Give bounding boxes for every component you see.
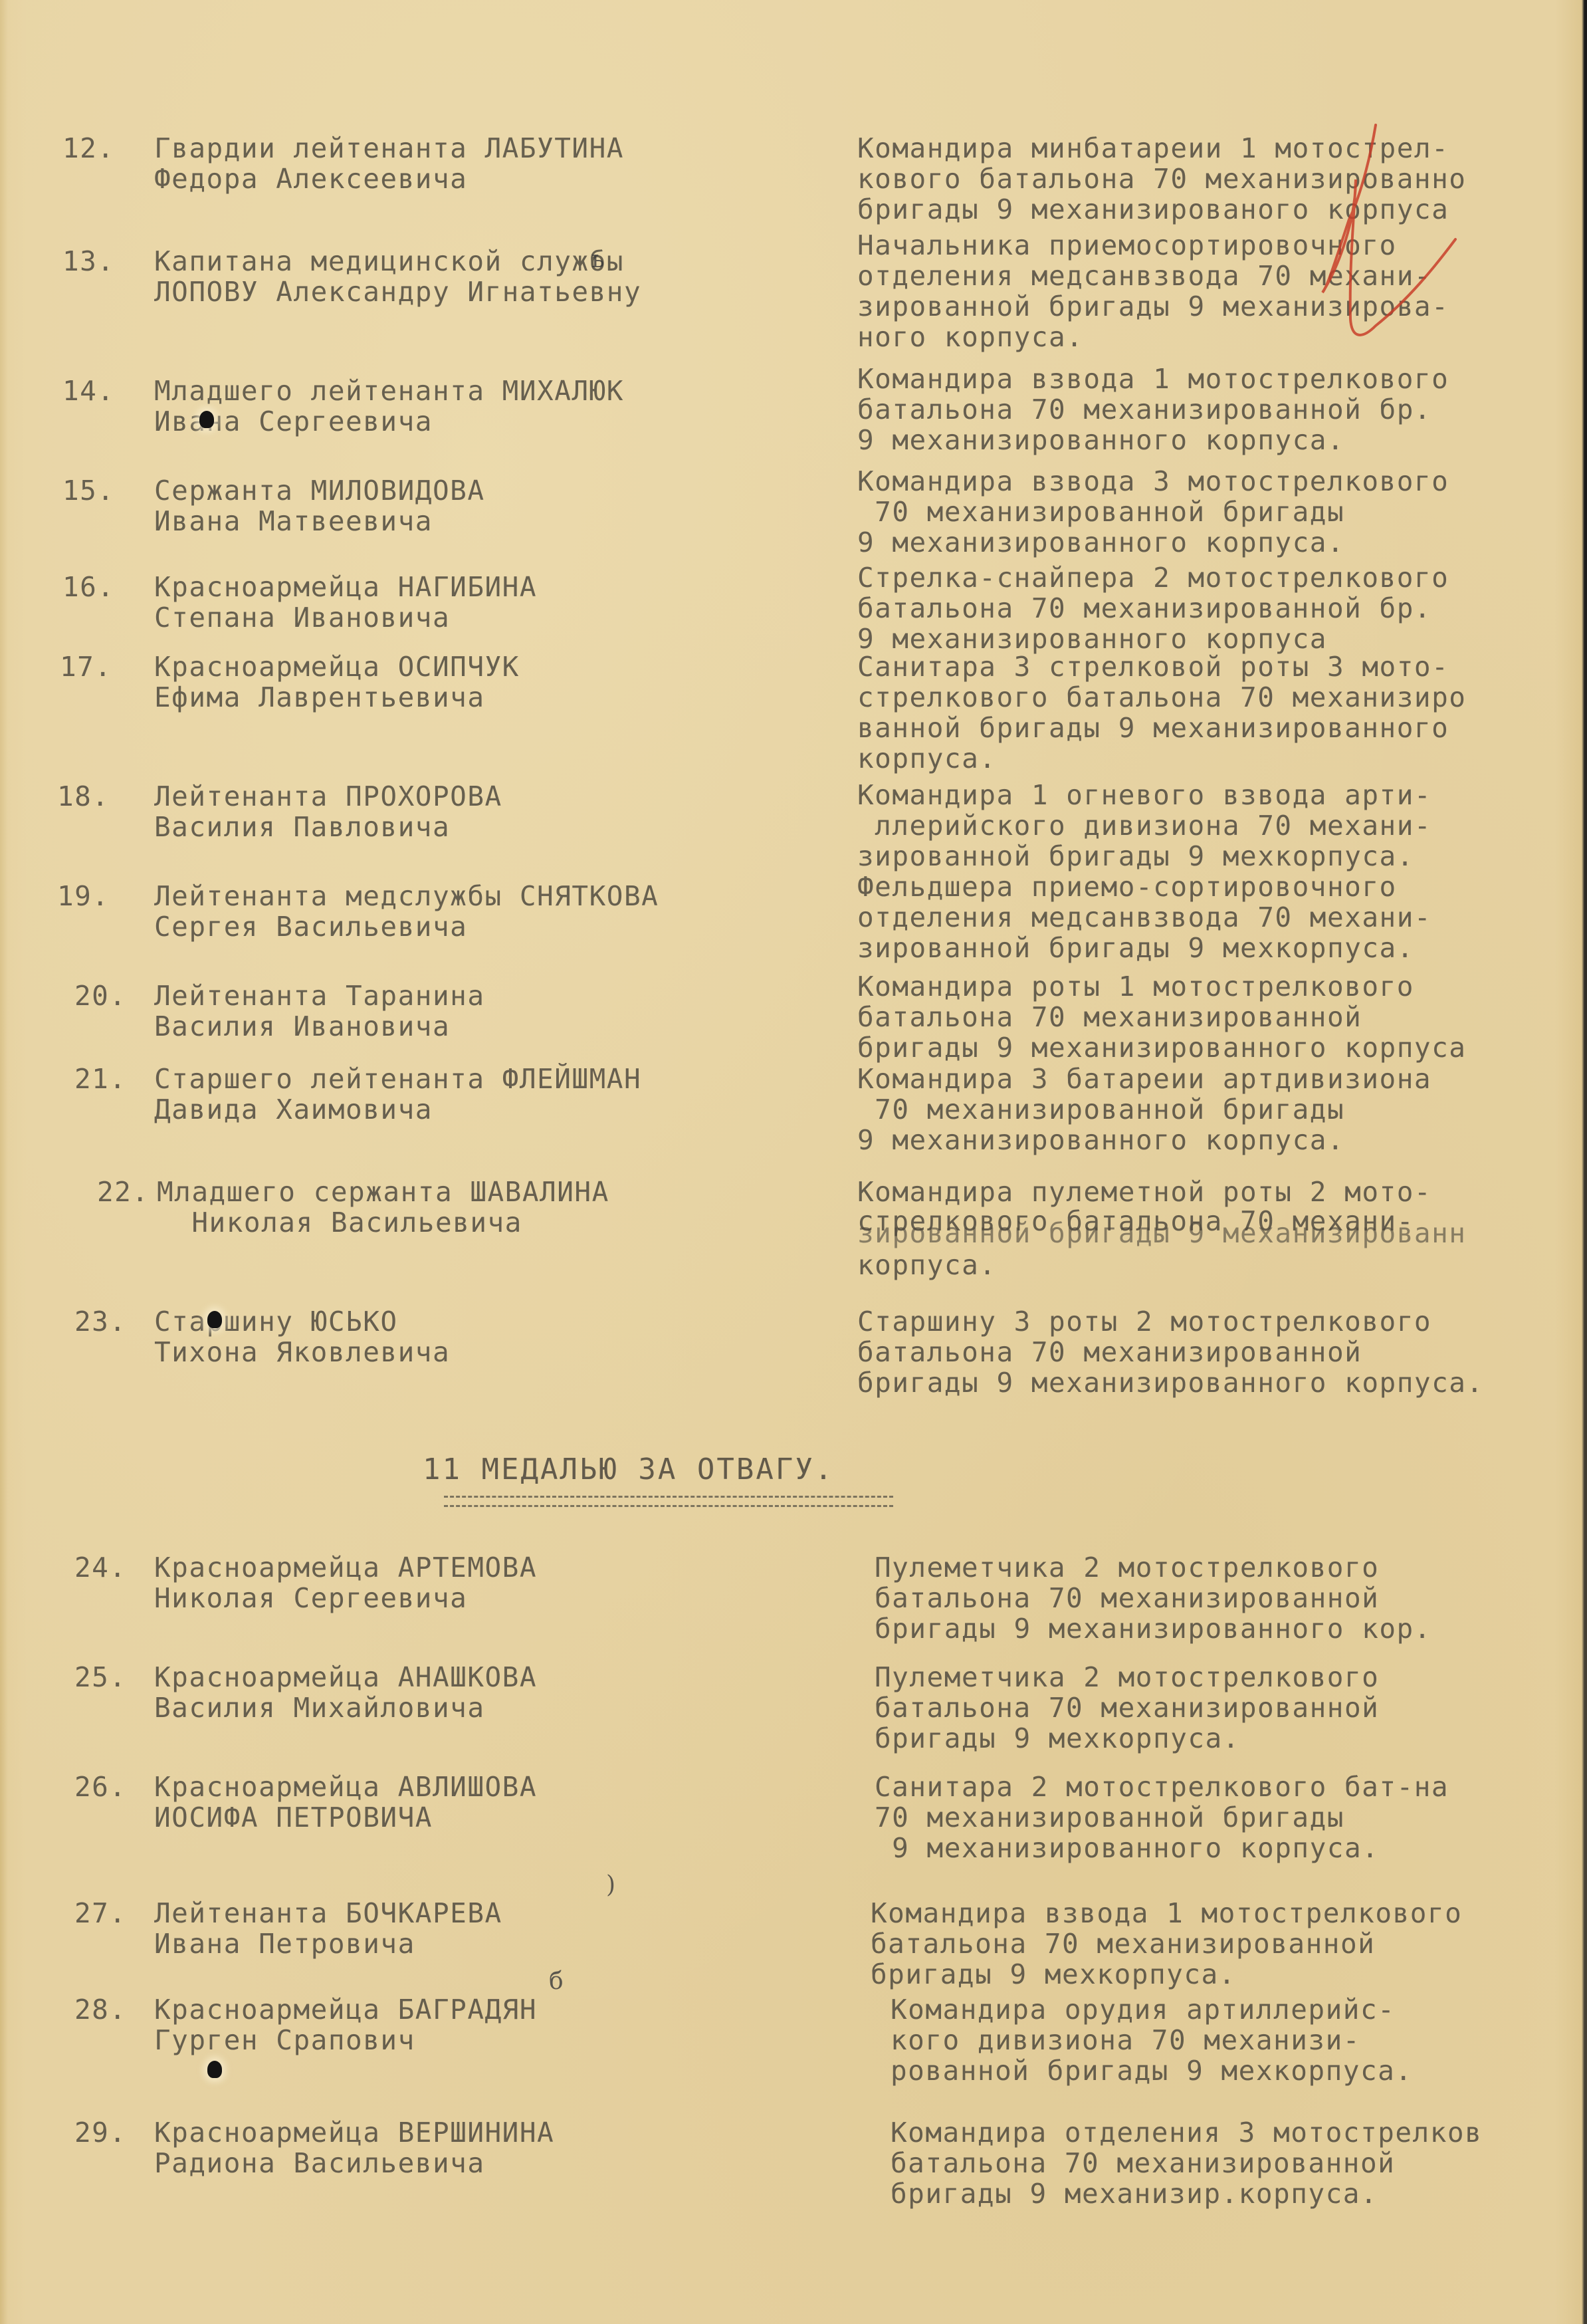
entry-number: 17.	[60, 651, 112, 682]
entry-number: 20.	[74, 981, 127, 1011]
entry-desc-line-2: батальона 70 механизированной	[857, 1002, 1362, 1032]
entry-name-line-1: Красноармейца АНАШКОВА	[154, 1662, 537, 1692]
entry-desc-line-1: Командира орудия артиллерийс-	[891, 1994, 1395, 2025]
entry-desc-line-3: бригады 9 механизир.корпуса.	[891, 2178, 1378, 2209]
heading-double-underline	[444, 1496, 893, 1507]
entry-desc-line-1: Командира взвода 1 мотострелкового	[857, 364, 1449, 394]
entry-desc-line-1: Командира 1 огневого взвода арти-	[857, 780, 1431, 810]
entry-desc-line-1: Фельдшера приемо-сортировочного	[857, 871, 1397, 902]
entry-desc-line-3: бригады 9 мехкорпуса.	[871, 1959, 1236, 1990]
entry-name-line-1: Лейтенанта Таранина	[154, 981, 485, 1011]
entry-name-line-2: Николая Васильевича	[157, 1207, 522, 1238]
entry-name-line-2: Степана Ивановича	[154, 602, 450, 633]
entry-name-line-1: Сержанта МИЛОВИДОВА	[154, 475, 485, 506]
entry-name-line-2: Радиона Васильевича	[154, 2148, 485, 2178]
entry-number: 22.	[97, 1177, 150, 1207]
entry-name-line-1: Красноармейца БАГРАДЯН	[154, 1994, 537, 2025]
entry-desc-line-1: Командира роты 1 мотострелкового	[857, 971, 1414, 1002]
entry-desc-line-2: батальона 70 механизированной бр.	[857, 394, 1431, 425]
entry-name-line-2: ИОСИФА ПЕТРОВИЧА	[154, 1802, 433, 1833]
entry-number: 21.	[74, 1064, 127, 1094]
entry-number: 12.	[62, 133, 115, 164]
entry-desc-line-2: батальона 70 механизированной	[871, 1928, 1375, 1959]
entry-desc-line-2: ллерийского дивизиона 70 механи-	[857, 810, 1431, 841]
entry-desc-line-2: батальона 70 механизированной бр.	[857, 593, 1431, 624]
entry-desc-line-2: батальона 70 механизированной	[891, 2148, 1395, 2178]
entry-desc-line-1: Командира взвода 3 мотострелкового	[857, 466, 1449, 497]
entry-desc-line-3: зированной бригады 9 механизированн	[857, 1218, 1466, 1248]
entry-name-line-1: Красноармейца ВЕРШИНИНА	[154, 2117, 554, 2148]
entry-desc-line-1: Командира отделения 3 мотострелков	[891, 2117, 1482, 2148]
entry-number: 26.	[74, 1772, 127, 1802]
entry-desc-line-1: Командира взвода 1 мотострелкового	[871, 1898, 1462, 1928]
entry-desc-line-1: Санитара 2 мотострелкового бат-на	[875, 1772, 1449, 1802]
entry-desc-line-4: корпуса.	[857, 743, 996, 774]
entry-name-line-1: Лейтенанта ПРОХОРОВА	[154, 781, 502, 812]
entry-desc-line-1: Старшину 3 роты 2 мотострелкового	[857, 1306, 1431, 1337]
entry-number: 14.	[62, 376, 115, 406]
pencil-correction: б	[549, 1968, 564, 1995]
entry-name-line-2: Василия Павловича	[154, 812, 450, 842]
entry-name-line-1: Лейтенанта БОЧКАРЕВА	[154, 1898, 502, 1928]
entry-name-line-1: Лейтенанта медслужбы СНЯТКОВА	[154, 881, 659, 911]
entry-name-line-2: Сергея Васильевича	[154, 911, 467, 942]
entry-name-line-2: ЛОПОВУ Александру Игнатьевну	[154, 277, 641, 307]
entry-name-line-2: Ивана Сергеевича	[154, 406, 433, 437]
entry-desc-line-1: Пулеметчика 2 мотострелкового	[875, 1662, 1379, 1692]
entry-name-line-2: Ивана Матвеевича	[154, 506, 433, 536]
entry-desc-line-3: 9 механизированного корпуса.	[857, 527, 1344, 558]
section-heading: 11 МЕДАЛЬЮ ЗА ОТВАГУ.	[423, 1452, 834, 1486]
entry-name-line-1: Капитана медицинской службы	[154, 246, 624, 277]
entry-number: 27.	[74, 1898, 127, 1928]
entry-desc-line-2: 70 механизированной бригады	[875, 1802, 1344, 1833]
punch-hole-icon	[207, 2061, 222, 2078]
entry-number: 28.	[74, 1994, 127, 2025]
entry-number: 24.	[74, 1552, 127, 1583]
entry-name-line-2: Федора Алексеевича	[154, 164, 467, 194]
punch-hole-icon	[207, 1311, 222, 1328]
entry-desc-line-1: Санитара 3 стрелковой роты 3 мото-	[857, 651, 1449, 682]
entry-name-line-2: Василия Михайловича	[154, 1692, 485, 1723]
entry-name-line-1: Красноармейца АРТЕМОВА	[154, 1552, 537, 1583]
entry-number: 23.	[74, 1306, 127, 1337]
entry-number: 25.	[74, 1662, 127, 1692]
entry-desc-line-1: Командира пулеметной роты 2 мото-	[857, 1177, 1431, 1207]
pencil-correction: ь	[591, 246, 605, 273]
entry-desc-line-3: ванной бригады 9 механизированного	[857, 713, 1449, 743]
entry-number: 16.	[62, 572, 115, 602]
entry-desc-line-3: бригады 9 механизированного корпуса.	[857, 1367, 1484, 1398]
entry-name-line-1: Гвардии лейтенанта ЛАБУТИНА	[154, 133, 624, 164]
entry-name-line-1: Старшего лейтенанта ФЛЕЙШМАН	[154, 1064, 641, 1094]
entry-desc-line-2: отделения медсанвзвода 70 механи-	[857, 902, 1431, 933]
entry-desc-line-1: Командира 3 батареии артдивизиона	[857, 1064, 1431, 1094]
entry-desc-line-2: 70 механизированной бригады	[857, 497, 1344, 527]
entry-number: 18.	[57, 781, 110, 812]
punch-hole-icon	[199, 411, 214, 428]
entry-number: 15.	[62, 475, 115, 506]
entry-desc-line-3: бригады 9 мехкорпуса.	[875, 1723, 1240, 1754]
entry-desc-line-1: Пулеметчика 2 мотострелкового	[875, 1552, 1379, 1583]
entry-desc-line-4: корпуса.	[857, 1250, 996, 1280]
entry-name-line-2: Тихона Яковлевича	[154, 1337, 450, 1367]
entry-number: 19.	[57, 881, 110, 911]
entry-desc-line-2: батальона 70 механизированной	[875, 1692, 1379, 1723]
entry-name-line-1: Красноармейца ОСИПЧУК	[154, 651, 520, 682]
entry-name-line-2: Гурген Срапович	[154, 2025, 415, 2055]
entry-name-line-2: Василия Ивановича	[154, 1011, 450, 1042]
red-pencil-check-icon	[1276, 120, 1542, 346]
entry-name-line-1: Красноармейца НАГИБИНА	[154, 572, 537, 602]
entry-desc-line-2: 70 механизированной бригады	[857, 1094, 1344, 1125]
entry-number: 29.	[74, 2117, 127, 2148]
entry-desc-line-3: рованной бригады 9 мехкорпуса.	[891, 2055, 1413, 2086]
entry-desc-line-3: 9 механизированного корпуса.	[857, 1125, 1344, 1155]
entry-name-line-1: Старшину ЮСЬКО	[154, 1306, 398, 1337]
entry-desc-line-3: 9 механизированного корпуса.	[857, 425, 1344, 455]
entry-desc-line-2: батальона 70 механизированной	[857, 1337, 1362, 1367]
entry-name-line-2: Ивана Петровича	[154, 1928, 415, 1959]
entry-desc-line-3: бригады 9 механизированного кор.	[875, 1613, 1431, 1644]
entry-desc-line-3: зированной бригады 9 мехкорпуса.	[857, 841, 1414, 871]
entry-number: 13.	[62, 246, 115, 277]
entry-name-line-2: Ефима Лаврентьевича	[154, 682, 485, 713]
entry-desc-line-2: кого дивизиона 70 механизи-	[891, 2025, 1360, 2055]
entry-desc-line-1: Стрелка-снайпера 2 мотострелкового	[857, 562, 1449, 593]
pencil-mark: )	[606, 1871, 615, 1899]
entry-name-line-1: Младшего лейтенанта МИХАЛЮК	[154, 376, 624, 406]
entry-desc-line-4: ного корпуса.	[857, 322, 1083, 352]
entry-name-line-1: Красноармейца АВЛИШОВА	[154, 1772, 537, 1802]
entry-desc-line-2: батальона 70 механизированной	[875, 1583, 1379, 1613]
entry-name-line-2: Давида Хаимовича	[154, 1094, 433, 1125]
entry-desc-line-3: зированной бригады 9 мехкорпуса.	[857, 933, 1414, 963]
entry-desc-line-3: 9 механизированного корпуса.	[875, 1833, 1379, 1863]
entry-desc-line-3: 9 механизированного корпуса	[857, 624, 1327, 654]
entry-desc-line-2: стрелкового батальона 70 механизиро	[857, 682, 1466, 713]
entry-desc-line-3: бригады 9 механизированного корпуса	[857, 1032, 1466, 1063]
entry-name-line-1: Младшего сержанта ШАВАЛИНА	[157, 1177, 609, 1207]
entry-name-line-2: Николая Сергеевича	[154, 1583, 467, 1613]
